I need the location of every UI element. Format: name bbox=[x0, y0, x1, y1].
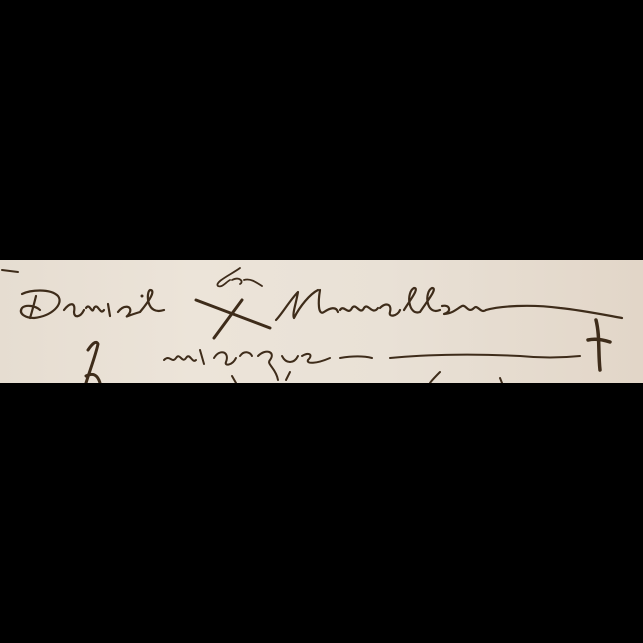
letterbox-top bbox=[0, 0, 643, 260]
word-marque bbox=[164, 350, 580, 380]
bottom-fragments bbox=[232, 372, 502, 383]
superscript-sa bbox=[217, 268, 262, 286]
letterbox-bottom bbox=[0, 383, 643, 643]
flourish-right bbox=[588, 320, 610, 370]
cross-mark bbox=[196, 300, 270, 338]
letter-fragment-left bbox=[86, 342, 100, 383]
word-daniel bbox=[21, 290, 164, 318]
word-maunallen bbox=[276, 288, 622, 320]
manuscript-strip: Daniel sa ✕ Maunallen marque bbox=[0, 260, 643, 383]
margin-dash bbox=[2, 270, 18, 272]
handwriting-drawing bbox=[0, 260, 643, 383]
